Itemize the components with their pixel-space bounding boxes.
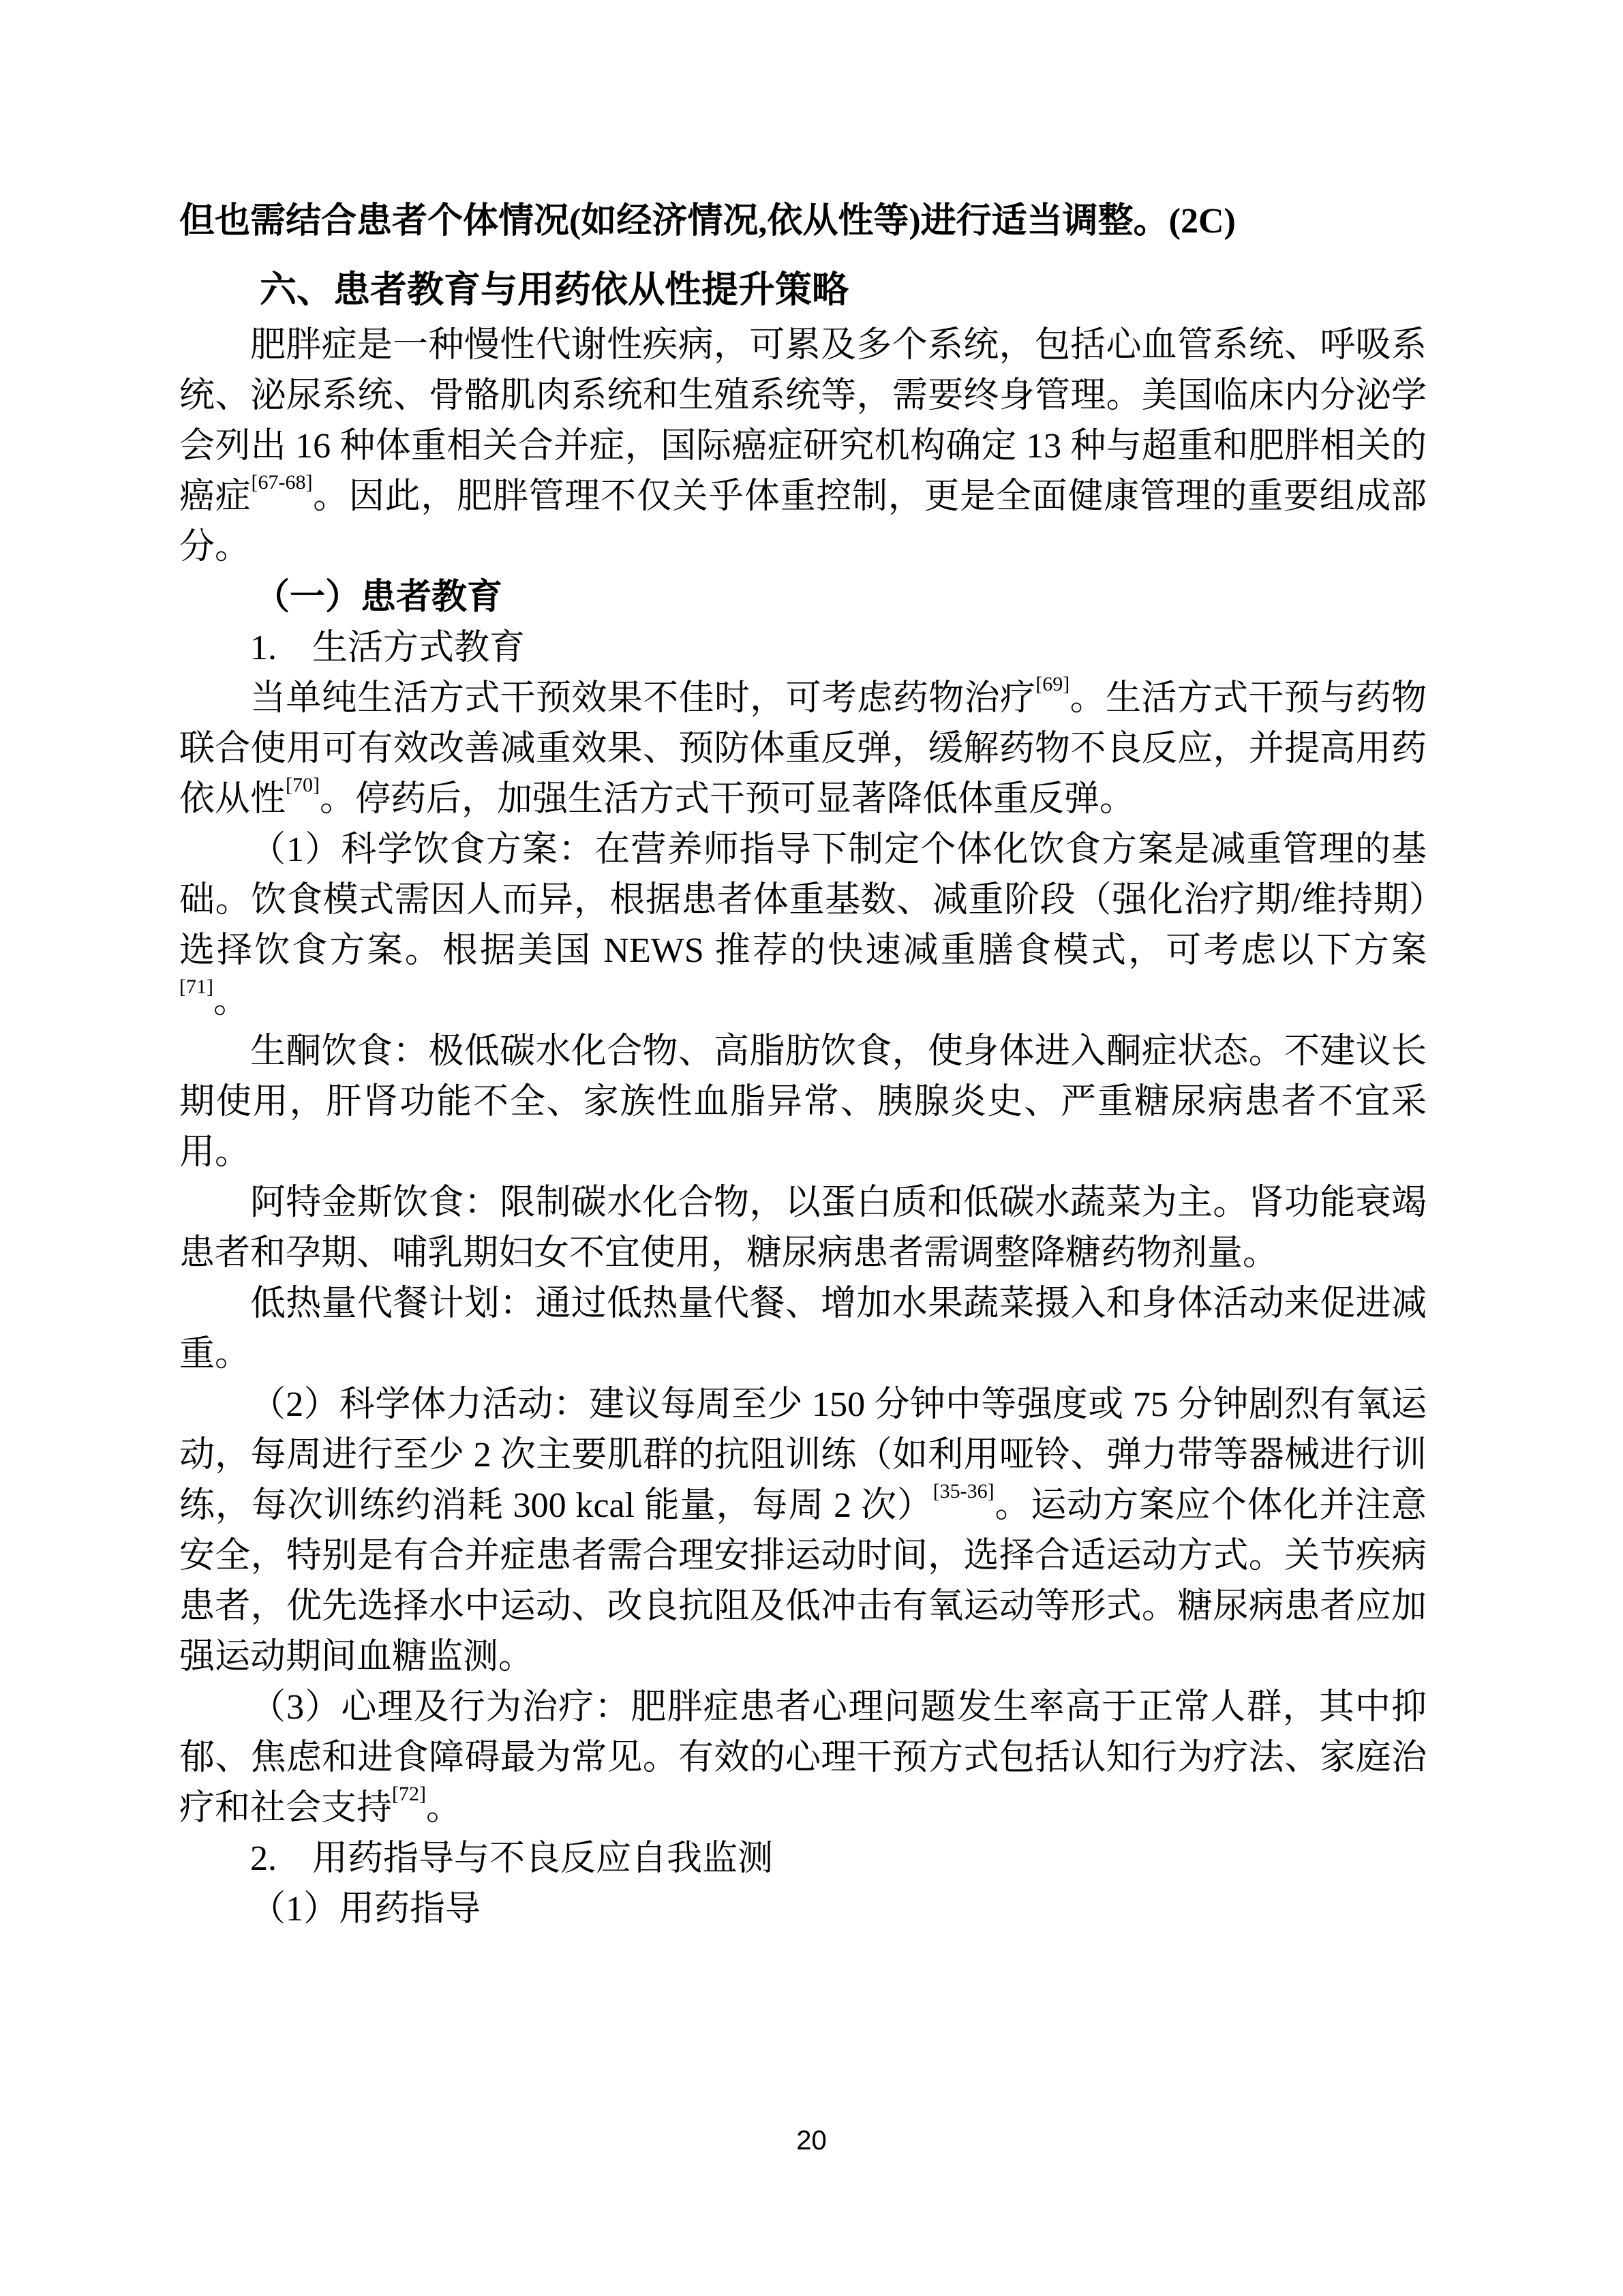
body-paragraph-keto-diet: 生酮饮食：极低碳水化合物、高脂肪饮食，使身体进入酮症状态。不建议长期使用，肝肾功… <box>179 1027 1427 1178</box>
reference-citation: [35-36] <box>933 1480 995 1502</box>
document-page: 但也需结合患者个体情况(如经济情况,依从性等)进行适当调整。(2C) 六、患者教… <box>0 0 1623 2296</box>
subsection-heading-patient-education: （一）患者教育 <box>179 573 1427 623</box>
numbered-heading-lifestyle-education: 1. 生活方式教育 <box>179 623 1427 674</box>
paragraph-text: 。停药后，加强生活方式干预可显著降低体重反弹。 <box>320 780 1135 819</box>
reference-citation: [70] <box>286 774 320 796</box>
reference-citation: [72] <box>392 1783 426 1805</box>
paragraph-text: 当单纯生活方式干预效果不佳时，可考虑药物治疗 <box>250 679 1035 718</box>
body-paragraph-physical-activity: （2）科学体力活动：建议每周至少 150 分钟中等强度或 75 分钟剧烈有氧运动… <box>179 1380 1427 1682</box>
body-paragraph-diet-plan: （1）科学饮食方案：在营养师指导下制定个体化饮食方案是减重管理的基础。饮食模式需… <box>179 825 1427 1027</box>
body-paragraph-low-calorie-meal: 低热量代餐计划：通过低热量代餐、增加水果蔬菜摄入和身体活动来促进减重。 <box>179 1279 1427 1380</box>
body-paragraph-psychological-therapy: （3）心理及行为治疗：肥胖症患者心理问题发生率高于正常人群，其中抑郁、焦虑和进食… <box>179 1682 1427 1834</box>
numbered-heading-medication-guidance: 2. 用药指导与不良反应自我监测 <box>179 1834 1427 1884</box>
reference-citation: [67-68] <box>251 471 312 494</box>
section-heading: 六、患者教育与用药依从性提升策略 <box>179 265 1427 315</box>
paragraph-text: （1）科学饮食方案：在营养师指导下制定个体化饮食方案是减重管理的基础。饮食模式需… <box>179 830 1427 970</box>
page-number: 20 <box>0 2126 1623 2156</box>
body-paragraph-atkins-diet: 阿特金斯饮食：限制碳水化合物，以蛋白质和低碳水蔬菜为主。肾功能衰竭患者和孕期、哺… <box>179 1178 1427 1279</box>
paragraph-text: 。 <box>426 1789 461 1828</box>
document-body: 但也需结合患者个体情况(如经济情况,依从性等)进行适当调整。(2C) 六、患者教… <box>179 196 1427 1935</box>
reference-citation: [71] <box>179 976 213 998</box>
body-paragraph-obesity-overview: 肥胖症是一种慢性代谢性疾病，可累及多个系统，包括心血管系统、呼吸系统、泌尿系统、… <box>179 320 1427 573</box>
continued-paragraph: 但也需结合患者个体情况(如经济情况,依从性等)进行适当调整。(2C) <box>179 196 1427 247</box>
reference-citation: [69] <box>1035 673 1070 695</box>
numbered-heading-medication-guidance-sub: （1）用药指导 <box>179 1884 1427 1935</box>
paragraph-text: 。 <box>213 982 249 1021</box>
body-paragraph-lifestyle-intervention: 当单纯生活方式干预效果不佳时，可考虑药物治疗[69]。生活方式干预与药物联合使用… <box>179 674 1427 825</box>
paragraph-text: （3）心理及行为治疗：肥胖症患者心理问题发生率高于正常人群，其中抑郁、焦虑和进食… <box>179 1688 1427 1828</box>
paragraph-text: 。因此，肥胖管理不仅关乎体重控制，更是全面健康管理的重要组成部分。 <box>179 477 1427 567</box>
